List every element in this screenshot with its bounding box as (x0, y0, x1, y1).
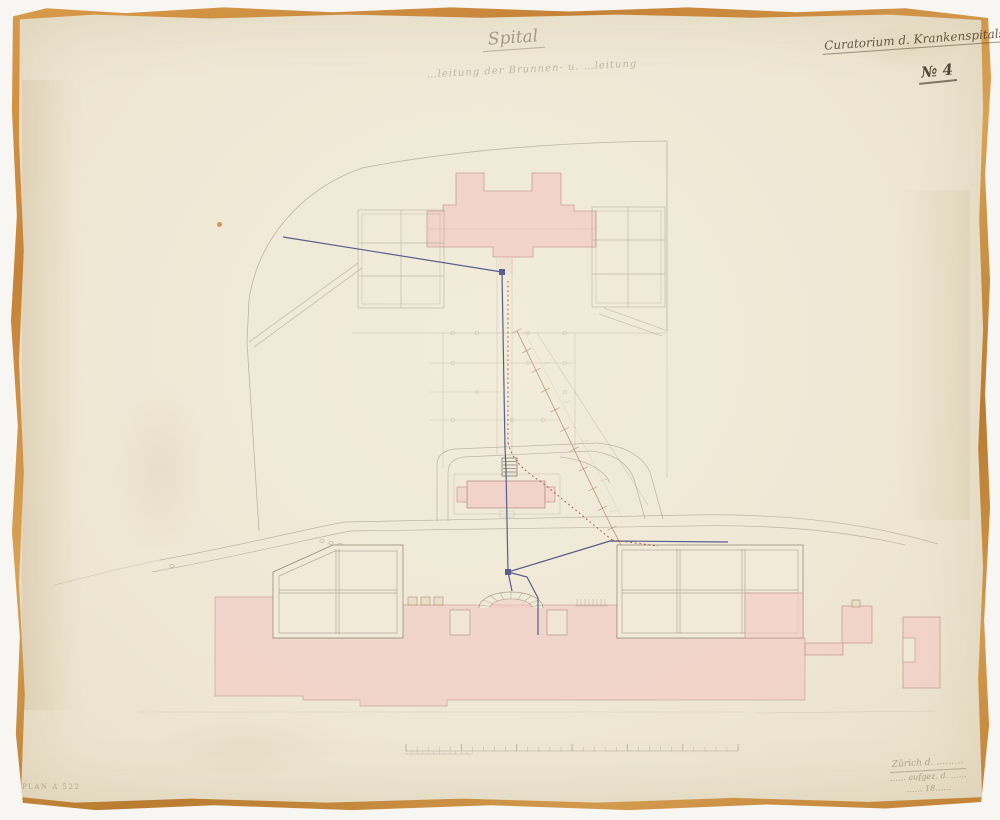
signature-block: Zürich d. ……… …… aufgez. d. …… …… 18…… (871, 745, 985, 797)
plan-title-text: Spital (481, 26, 545, 52)
archive-mark: PLAN A 522 (22, 783, 80, 791)
sheet-number: № 4 (917, 60, 957, 82)
sheet-number-text: № 4 (917, 60, 957, 85)
scanned-plan-sheet: Spital …leitung der Brunnen- u. …leitung… (0, 0, 1000, 820)
deckle-edge (7, 5, 994, 815)
paper-sheet (17, 13, 985, 805)
